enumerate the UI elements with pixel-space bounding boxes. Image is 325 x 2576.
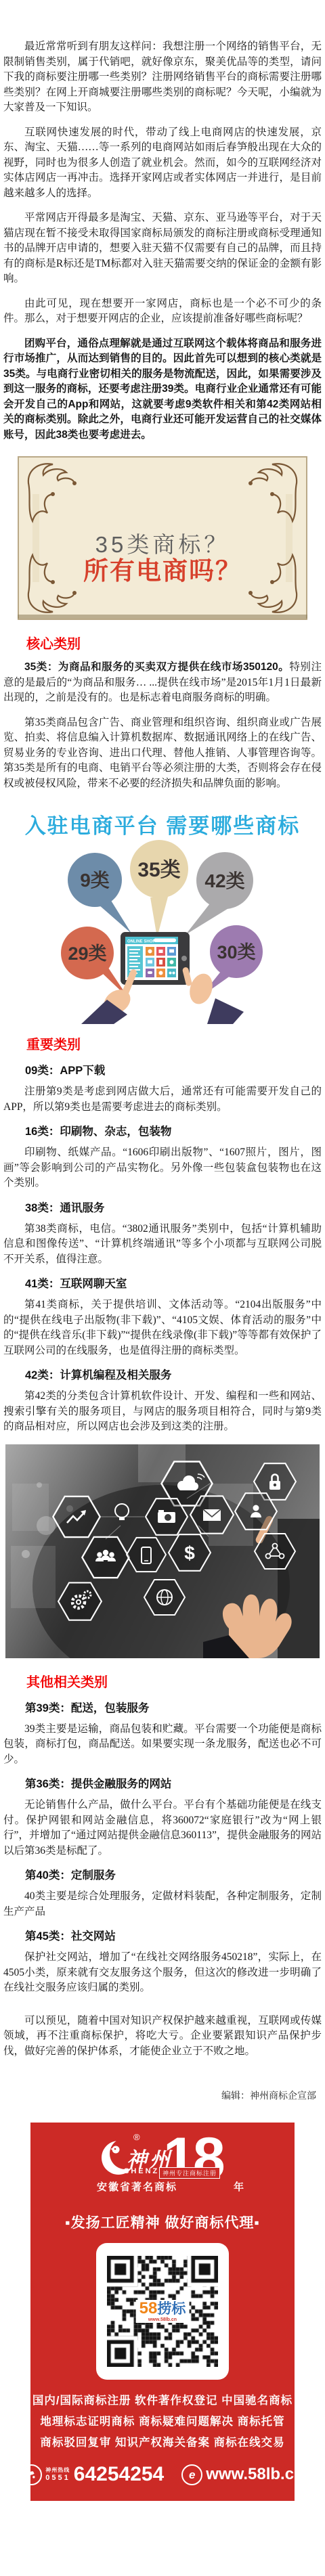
services-line-2: 地理标志证明商标 商标疑难问题解决 商标托管	[30, 2412, 295, 2433]
class-39-title: 第39类：配送，包装服务	[3, 1701, 322, 1716]
trademark-classes-infographic: 入驻电商平台 需要哪些商标 9类 35类 42类 29类	[5, 801, 320, 1024]
class-39-body: 39类主要是运输，商品包装和贮藏。平台需要一个功能便是商标包装，商标打包，商品配…	[3, 1722, 322, 1768]
intro-paragraph-3: 平常网店开得最多是淘宝、天猫、京东、亚马逊等平台，对于天猫店现在暂不接受未取得国…	[3, 210, 322, 287]
class-42-body: 第42类的分类包含计算机软件设计、开发、编程和一些和网站、搜索引擎有关的服务项目…	[3, 1389, 322, 1435]
hotline-area-code: 0551	[45, 2474, 70, 2482]
qr-logo-laobiao: 捞标	[157, 2301, 186, 2317]
editor-credit: 编辑：神州商标企宣部	[3, 2089, 316, 2102]
section-heading-important: 重要类别	[3, 1036, 322, 1054]
class-38-title: 38类：通讯服务	[3, 1201, 322, 1216]
qr-center-logo: 58捞标 www.58lb.cn	[136, 2300, 190, 2323]
bubble-label: 9类	[80, 870, 110, 891]
class-45-title: 第45类：社交网站	[3, 1929, 322, 1944]
services-line-3: 商标驳回复审 知识产权海关备案 商标在线交易	[30, 2433, 295, 2453]
class-41-body: 第41类商标，关于提供培训、文体活动等。“2104出版服务”中的“提供在线电子出…	[3, 1297, 322, 1358]
class-40-body: 40类主要是综合处理服务，定做材料装配，各种定制服务，定制生产产品	[3, 1889, 322, 1919]
hotline-block: 神州热线 0551 64254254	[21, 2463, 164, 2486]
registered-mark: ®	[133, 2132, 140, 2142]
intro-paragraph-2: 互联网快速发展的时代，带动了线上电商网店的快速发展，京东、淘宝、天猫……等一系列…	[3, 125, 322, 202]
class-38-body: 第38类商标，电信。“3802通讯服务”类别中，包括“计算机辅助信息和图像传送”…	[3, 1222, 322, 1268]
hotline-label: 神州热线	[45, 2468, 70, 2473]
services-list: 国内/国际商标注册 软件著作权登记 中国驰名商标 地理标志证明商标 商标疑难问题…	[30, 2391, 295, 2453]
class-42-title: 42类：计算机编程及相关服务	[3, 1368, 322, 1383]
closing-paragraph: 可以预见，随着中国对知识产权保护越来越重视，互联网或传媒领域，再不注重商标保护，…	[3, 2014, 322, 2060]
core-paragraph: 第35类商品包含广告、商业管理和组织咨询、组织商业或广告展览、拍卖、将信息编入计…	[3, 715, 322, 792]
parchment-bottom-edge	[18, 615, 307, 619]
class-41-title: 41类：互联网聊天室	[3, 1276, 322, 1291]
bubble-class-35: 35类	[130, 840, 188, 937]
class-40-title: 第40类：定制服务	[3, 1868, 322, 1883]
tech-hexagon-photo: $	[5, 1444, 320, 1662]
parchment-title-red: 所有电商吗？	[83, 557, 242, 585]
contact-row: 神州热线 0551 64254254 e www.58lb.cn	[30, 2463, 295, 2486]
dollar-icon: $	[184, 1542, 195, 1563]
class-36-title: 第36类：提供金融服务的网站	[3, 1777, 322, 1792]
services-line-1: 国内/国际商标注册 软件著作权登记 中国驰名商标	[30, 2391, 295, 2412]
e-website-icon: e	[181, 2464, 202, 2485]
class-45-body: 保护社交网站，增加了“在线社交网络服务450218”，实际上，在4505小类，原…	[3, 1950, 322, 1996]
qr-logo-58: 58	[139, 2299, 158, 2317]
brand-logo-block: ® 神州 SHENZHOU 安徽省著名商标 18 神州专注商标注册 年	[30, 2135, 295, 2202]
section-heading-core: 核心类别	[3, 636, 322, 653]
bubble-label: 35类	[137, 859, 180, 881]
class-09-title: 09类：APP下载	[3, 1063, 322, 1078]
summary-paragraph: 团购平台，通俗点理解就是通过互联网这个载体将商品和服务进行市场推广，从而达到销售…	[3, 336, 322, 443]
qr-logo-url: www.58lb.cn	[139, 2317, 186, 2322]
bubble-class-42: 42类	[186, 852, 253, 935]
article-page: 最近常常听到有朋友这样问：我想注册一个网络的销售平台，无限制销售类别，属于代销吧…	[0, 0, 325, 2576]
years-caption-box: 神州专注商标注册	[159, 2167, 220, 2179]
core-lead-paragraph: 35类：为商品和服务的买卖双方提供在线市场350120。特别注意的是最后的“为商…	[3, 660, 322, 706]
year-character: 年	[234, 2179, 244, 2194]
section-heading-other: 其他相关类别	[3, 1674, 322, 1691]
phone-icon	[21, 2464, 42, 2485]
class-36-body: 无论销售什么产品，做什么平台。平台有个基础功能便是在线支付。保护网银和网站金融信…	[3, 1798, 322, 1859]
bubble-class-29: 29类	[61, 927, 129, 998]
tablet-header-label: ONLINE SHOP	[127, 940, 155, 944]
svg-text:$: $	[184, 1542, 195, 1563]
intro-paragraph-4: 由此可见，现在想要开一家网店，商标也是一个必不可少的条件。那么，对于想要开网店的…	[3, 296, 322, 327]
banner-slogan: ▪发扬工匠精神 做好商标代理▪	[30, 2212, 295, 2232]
bottom-whitespace	[3, 2501, 322, 2576]
qr-code-box: 58捞标 www.58lb.cn	[96, 2243, 229, 2380]
infographic-title: 入驻电商平台 需要哪些商标	[25, 814, 301, 838]
tablet-search-bar	[154, 939, 176, 943]
class-09-body: 注册第9类是考虑到网店做大后，通常还有可能需要开发自己的APP，所以第9类也是需…	[3, 1084, 322, 1115]
intro-paragraph-1: 最近常常听到有朋友这样问：我想注册一个网络的销售平台，无限制销售类别，属于代销吧…	[3, 39, 322, 116]
bubble-label: 30类	[217, 942, 255, 962]
core-lead-bold: 35类：为商品和服务的买卖双方提供在线市场350120。	[24, 661, 289, 673]
bubble-label: 42类	[204, 870, 244, 891]
bubble-label: 29类	[68, 943, 106, 964]
website-block: e www.58lb.cn	[181, 2464, 303, 2485]
tablet-home-button	[181, 956, 187, 961]
class-16-body: 印刷物、纸媒产品。“1606印刷出版物”、“1607照片，图片，图画”等会影响到…	[3, 1145, 322, 1191]
envelope-icon	[203, 1509, 221, 1521]
parchment-illustration: 35类商标？ 所有电商吗？	[18, 456, 307, 623]
bubble-class-9: 9类	[68, 853, 131, 933]
hotline-number: 64254254	[74, 2463, 164, 2486]
website-url: www.58lb.cn	[206, 2465, 303, 2484]
footer-ad-banner: ® 神州 SHENZHOU 安徽省著名商标 18 神州专注商标注册 年 ▪发扬工…	[30, 2123, 295, 2501]
years-number: 18	[163, 2129, 223, 2188]
class-16-title: 16类：印刷物、杂志，包装物	[3, 1124, 322, 1139]
tablet-app-grid	[146, 947, 176, 977]
parchment-title-gray: 35类商标？	[95, 532, 230, 557]
